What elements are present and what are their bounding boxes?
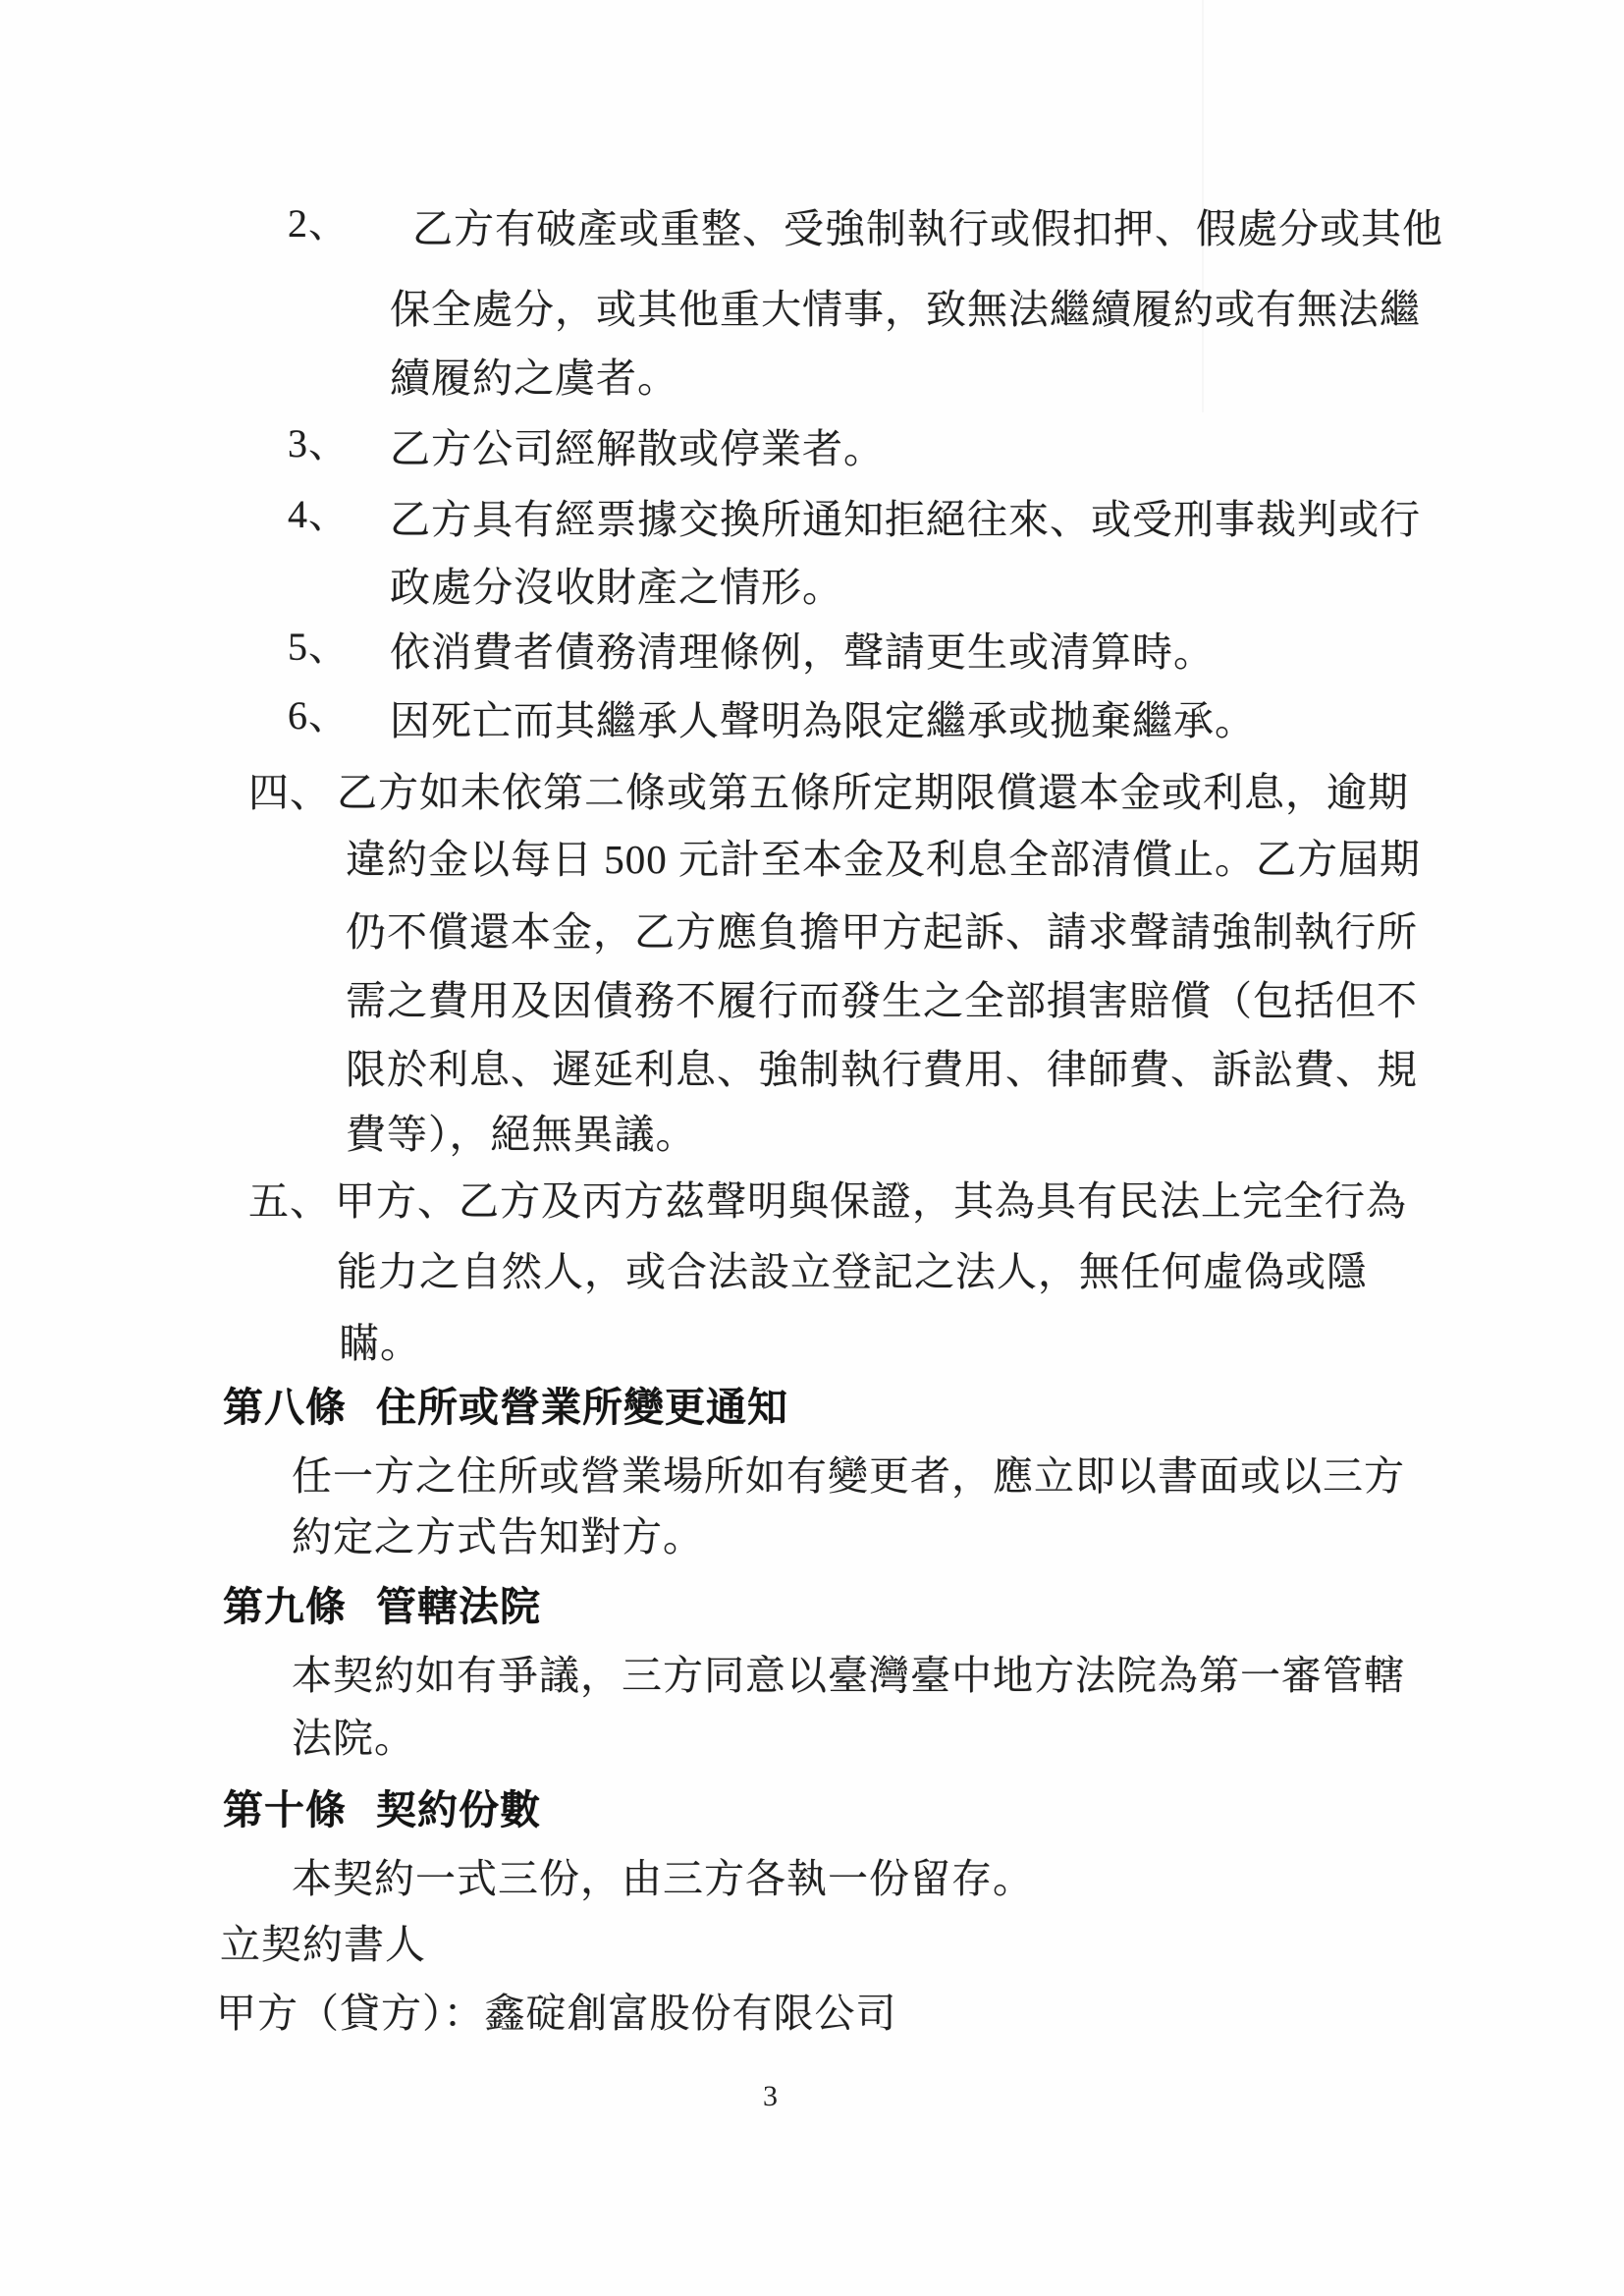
list-item-text: 乙方公司經解散或停業者。 (390, 416, 885, 474)
list-item-number: 4、 (288, 483, 349, 539)
clause-text: 能力之自然人，或合法設立登記之法人，無任何虛偽或隱 (337, 1239, 1368, 1297)
article-title: 管轄法院 (376, 1584, 541, 1629)
clause-text: 仍不償還本金，乙方應負擔甲方起訴、請求聲請強制執行所 (346, 900, 1418, 957)
article-number: 第八條 (223, 1385, 347, 1430)
signing-intro: 立契約書人 (220, 1912, 426, 1970)
paragraph-line: 本契約一式三份，由三方各執一份留存。 (292, 1846, 1034, 1904)
list-item-text: 乙方有破產或重整、受強制執行或假扣押、假處分或其他 (412, 196, 1443, 254)
paragraph-line: 本契約如有爭議，三方同意以臺灣臺中地方法院為第一審管轄 (292, 1643, 1405, 1701)
clause-number: 四、 (248, 760, 331, 818)
list-item-text: 因死亡而其繼承人聲明為限定繼承或拋棄繼承。 (390, 688, 1256, 746)
paragraph-line: 法院。 (292, 1706, 415, 1764)
document-page: 2、 乙方有破產或重整、受強制執行或假扣押、假處分或其他 保全處分，或其他重大情… (0, 0, 1624, 2296)
page-number: 3 (763, 2080, 778, 2113)
article-heading: 第十條契約份數 (223, 1777, 541, 1835)
clause-number: 五、 (248, 1169, 331, 1227)
clause-text: 甲方、乙方及丙方茲聲明與保證，其為具有民法上完全行為 (335, 1169, 1407, 1227)
article-heading: 第八條住所或營業所變更通知 (223, 1375, 788, 1433)
clause-text: 乙方如未依第二條或第五條所定期限償還本金或利息，逾期 (337, 760, 1409, 818)
article-number: 第十條 (223, 1787, 347, 1832)
clause-text: 限於利息、遲延利息、強制執行費用、律師費、訴訟費、規 (346, 1037, 1418, 1095)
paragraph-line: 約定之方式告知對方。 (292, 1504, 704, 1562)
clause-text: 需之費用及因債務不履行而發生之全部損害賠償（包括但不 (346, 968, 1418, 1026)
article-title: 住所或營業所變更通知 (376, 1385, 788, 1430)
list-item-text: 乙方具有經票據交換所通知拒絕往來、或受刑事裁判或行 (390, 487, 1421, 545)
article-title: 契約份數 (376, 1787, 541, 1832)
list-item-number: 6、 (288, 684, 349, 740)
clause-text: 瞞。 (339, 1311, 421, 1369)
list-item-number: 2、 (288, 192, 349, 248)
list-item-text: 續履約之虞者。 (390, 346, 678, 404)
list-item-number: 5、 (288, 616, 349, 672)
list-item-text: 政處分沒收財產之情形。 (390, 555, 843, 613)
article-number: 第九條 (223, 1584, 347, 1629)
list-item-text: 保全處分，或其他重大情事，致無法繼續履約或有無法繼 (390, 277, 1421, 335)
clause-text: 費等），絕無異議。 (346, 1102, 697, 1160)
paragraph-line: 任一方之住所或營業場所如有變更者，應立即以書面或以三方 (292, 1444, 1405, 1502)
article-heading: 第九條管轄法院 (223, 1574, 541, 1632)
clause-text: 違約金以每日 500 元計至本金及利息全部清償止。乙方屆期 (346, 827, 1421, 885)
list-item-number: 3、 (288, 412, 349, 468)
party-a-line: 甲方（貸方）：鑫碇創富股份有限公司 (216, 1981, 897, 2039)
list-item-text: 依消費者債務清理條例，聲請更生或清算時。 (390, 620, 1215, 678)
